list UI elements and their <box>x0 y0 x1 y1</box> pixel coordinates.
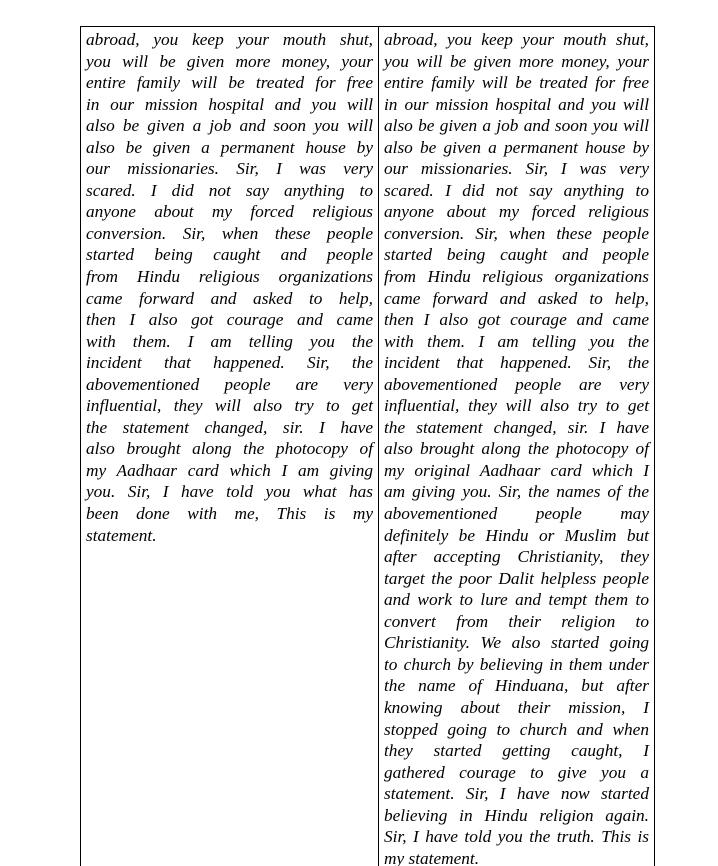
text-line: in our mission hospital and you will <box>384 94 649 116</box>
text-line: with them. I am telling you the <box>86 331 373 353</box>
text-line: from Hindu religious organizations <box>86 266 373 288</box>
text-line: the statement changed, sir. I have <box>384 417 649 439</box>
text-line: target the poor Dalit helpless people <box>384 568 649 590</box>
text-line: the statement changed, sir. I have <box>86 417 373 439</box>
text-line: Sir, I have told you the truth. This is <box>384 826 649 848</box>
text-line: also brought along the photocopy of <box>384 438 649 460</box>
text-line: incident that happened. Sir, the <box>86 352 373 374</box>
text-line: convert from their religion to <box>384 611 649 633</box>
right-cell-paragraph: abroad, you keep your mouth shut,you wil… <box>384 29 649 866</box>
text-line: started being caught and people <box>86 244 373 266</box>
text-line: influential, they will also try to get <box>86 395 373 417</box>
text-line: statement. <box>86 525 373 547</box>
text-line: you. Sir, I have told you what has <box>86 481 373 503</box>
text-line: you will be given more money, your <box>86 51 373 73</box>
text-line: conversion. Sir, when these people <box>86 223 373 245</box>
text-line: definitely be Hindu or Muslim but <box>384 525 649 547</box>
text-line: my Aadhaar card which I am giving <box>86 460 373 482</box>
text-line: knowing about their mission, I <box>384 697 649 719</box>
text-line: our missionaries. Sir, I was very <box>86 158 373 180</box>
text-line: influential, they will also try to get <box>384 395 649 417</box>
text-line: to church by believing in them under <box>384 654 649 676</box>
text-line: came forward and asked to help, <box>86 288 373 310</box>
text-line: from Hindu religious organizations <box>384 266 649 288</box>
text-line: conversion. Sir, when these people <box>384 223 649 245</box>
text-line: incident that happened. Sir, the <box>384 352 649 374</box>
text-line: am giving you. Sir, the names of the <box>384 481 649 503</box>
statement-table: abroad, you keep your mouth shut,you wil… <box>80 26 655 866</box>
text-line: and work to lure and tempt them to <box>384 589 649 611</box>
text-line: also be given a job and soon you will <box>384 115 649 137</box>
left-cell-paragraph: abroad, you keep your mouth shut,you wil… <box>86 29 373 546</box>
text-line: statement. Sir, I have now started <box>384 783 649 805</box>
text-line: also be given a permanent house by <box>86 137 373 159</box>
text-line: also brought along the photocopy of <box>86 438 373 460</box>
text-line: also be given a job and soon you will <box>86 115 373 137</box>
text-line: came forward and asked to help, <box>384 288 649 310</box>
left-cell-original-text: abroad, you keep your mouth shut,you wil… <box>81 27 379 866</box>
text-line: our missionaries. Sir, I was very <box>384 158 649 180</box>
text-line: then I also got courage and came <box>384 309 649 331</box>
text-line: they started getting caught, I <box>384 740 649 762</box>
text-line: scared. I did not say anything to <box>384 180 649 202</box>
text-line: then I also got courage and came <box>86 309 373 331</box>
text-line: abroad, you keep your mouth shut, <box>384 29 649 51</box>
text-line: after accepting Christianity, they <box>384 546 649 568</box>
text-line: scared. I did not say anything to <box>86 180 373 202</box>
text-line: entire family will be treated for free <box>384 72 649 94</box>
text-line: my original Aadhaar card which I <box>384 460 649 482</box>
text-line: Christianity. We also started going <box>384 632 649 654</box>
text-line: my statement. <box>384 848 649 866</box>
text-line: abovementioned people are very <box>384 374 649 396</box>
text-line: with them. I am telling you the <box>384 331 649 353</box>
text-line: abroad, you keep your mouth shut, <box>86 29 373 51</box>
text-line: entire family will be treated for free <box>86 72 373 94</box>
text-line: in our mission hospital and you will <box>86 94 373 116</box>
text-line: abovementioned people are very <box>86 374 373 396</box>
text-line: been done with me, This is my <box>86 503 373 525</box>
text-line: believing in Hindu religion again. <box>384 805 649 827</box>
text-line: gathered courage to give you a <box>384 762 649 784</box>
table-row: abroad, you keep your mouth shut,you wil… <box>81 27 655 866</box>
text-line: you will be given more money, your <box>384 51 649 73</box>
text-line: also be given a permanent house by <box>384 137 649 159</box>
text-line: started being caught and people <box>384 244 649 266</box>
text-line: abovementioned people may <box>384 503 649 525</box>
text-line: anyone about my forced religious <box>86 201 373 223</box>
text-line: the name of Hinduana, but after <box>384 675 649 697</box>
text-line: stopped going to church and when <box>384 719 649 741</box>
text-line: anyone about my forced religious <box>384 201 649 223</box>
right-cell-revised-text: abroad, you keep your mouth shut,you wil… <box>379 27 655 866</box>
